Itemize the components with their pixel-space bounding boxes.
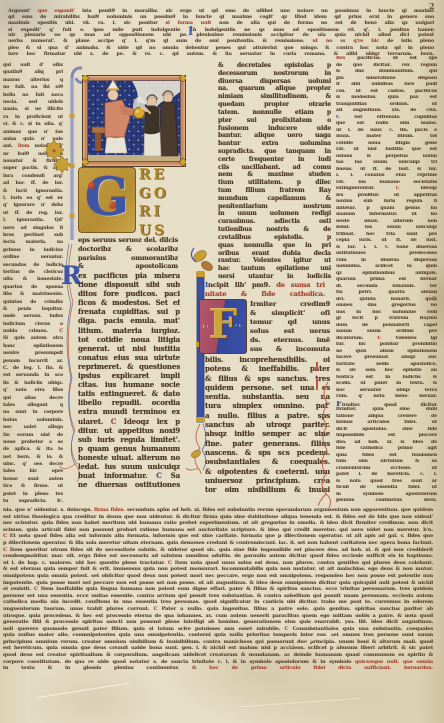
text-line: catholica media uia incedit. confitens i… <box>3 599 433 606</box>
illuminated-initial-f-firmiter: F :··: <box>199 299 247 354</box>
text-line: solus est uerus <box>250 327 330 336</box>
column1-rex-pacificus: ex pacificus pia miseratione disposuit s… <box>78 271 180 490</box>
text-line: bantur extra uolumina <box>218 140 331 148</box>
text-line: diga. pacis emula. mat' <box>78 316 180 325</box>
text-line: buat informatur. C Sa <box>78 471 180 480</box>
text-line: frenata cupiditas. sui p <box>78 307 180 316</box>
text-line: tot cotidie noua litigia <box>78 335 180 344</box>
text-line: condempnabitur. mar. ult. ergo fides est… <box>3 553 433 560</box>
text-line: citas. ius humane socie <box>78 380 180 389</box>
text-line: uniuersoz principium. crea <box>205 476 330 485</box>
text-line: bantur. alique uero uaga <box>218 132 331 140</box>
text-line: quas nonnulla que in pri <box>218 242 331 250</box>
text-line: extra mundi terminos ex <box>78 407 180 416</box>
text-line: libello repudii. ocordia <box>78 398 180 407</box>
column2-bull-continuation: & decretales epistolas pdecessorum nostr… <box>218 62 331 282</box>
text-line: & decretales epistolas p <box>218 62 331 70</box>
text-line: plenius continetur. bern. <box>336 498 437 505</box>
text-line: quia nullus maior alio. coomnipotentes q… <box>3 632 433 639</box>
text-line: doctoribz & scolaribz uniuersis <box>78 245 178 254</box>
gold-display-letters-gregorius: REGORIUS <box>139 166 185 240</box>
text-line: ei resistit. C Item ineffabilis quia lin… <box>3 586 433 593</box>
text-line: ipsius explicaret impli <box>78 371 180 380</box>
text-line: RI <box>139 203 185 222</box>
text-line: nimiam similitudinem. & <box>218 93 331 101</box>
text-line: certe frequenter in iudi <box>218 156 331 164</box>
text-line: & simplicit' ofi <box>250 309 330 318</box>
firmiter-indented-lines: Irmiter credim9& simplicit' ofitemur qd … <box>250 300 330 354</box>
text-line: nec sciuntur. quia fides non habet merit… <box>3 520 433 527</box>
text-line: absqz initio semper ac sine <box>205 429 330 438</box>
text-line: scimus. quia articuli fidei non possunt … <box>3 527 433 534</box>
text-line: & est eternus quia semper fuit & erit. i… <box>3 566 433 573</box>
text-line: mundum capellanum & <box>218 195 331 203</box>
text-line: & filius & sps sanctus. tres <box>205 374 330 383</box>
text-line: decessorum nostrorum in <box>218 70 331 78</box>
salutation-block: eps seruus seruoz dei. dilcis filiisdoct… <box>78 236 178 272</box>
text-line: fine. pater generans. filius <box>205 439 330 448</box>
text-line: quedam propter otrarie <box>218 101 331 109</box>
text-line: principium omnium rerum. creator omnium … <box>3 639 433 646</box>
text-line: sus & incomuta <box>250 345 330 354</box>
text-line: ex pacificus pia misera <box>78 271 180 280</box>
text-line: conatus eius sua uirtute <box>78 353 180 362</box>
text-line: quidem persone. set una es <box>205 383 330 392</box>
text-line: p quam genus humanum ut <box>78 444 180 453</box>
text-line: penitentiarium nostrum <box>218 203 331 211</box>
text-line: tor oim uisibilium & inuisi <box>205 485 330 494</box>
text-line: ularet. C Ideoqz lex p <box>78 417 180 426</box>
text-line: diuersa dispersas uolumi <box>218 78 331 86</box>
text-line: tura simplex omnino. pat' <box>205 401 330 410</box>
text-line: litium. materia iurgioz. <box>78 326 180 335</box>
text-line: sanctus ab utroqz pariter. <box>205 420 330 429</box>
text-line: uersi utantur in iudiciis <box>218 273 331 281</box>
red-paragraph-tick <box>316 362 318 371</box>
text-line: C Item queritur utrum fides sit de neces… <box>3 547 433 554</box>
text-line: Irmiter credim9 <box>250 300 330 309</box>
text-line: hac tantum opilatione uni <box>218 265 331 273</box>
text-line: osubstantiales & coequales. <box>205 457 330 466</box>
text-line: curauimus. adiectis osti <box>218 218 331 226</box>
text-line: omnipotens quia omnia potest. set obiici… <box>3 573 433 580</box>
text-line: eps seruus seruoz dei. dilcis filiis <box>78 236 178 245</box>
text-line: tione disposuit sibi sub <box>78 280 180 289</box>
text-line: persone set una essentia. ecce unitas es… <box>3 593 433 600</box>
text-line: parisius ommorantibz salutem <box>78 254 178 263</box>
text-line: p dilectionem operatur. & illa sola mere… <box>3 540 433 547</box>
text-line: potens & ineffabilis. pater <box>205 364 330 373</box>
text-line: Incipit lib' pm9. de suma tri <box>205 281 325 290</box>
text-line: ditos fore pudicos. paci <box>78 289 180 298</box>
text-line: ds. eternus. imē <box>250 336 330 345</box>
text-line: cretalibus epistolis. p <box>218 234 331 242</box>
text-line: tice & firme. ut <box>3 483 63 490</box>
wormhole-stain <box>432 296 436 301</box>
right-gloss-column: Rex pacificus. id est xpsde quo dicitur.… <box>336 56 437 505</box>
text-line: ut i. de bap. c. maiores. ubi hec questi… <box>3 560 433 567</box>
text-line: utroque. quia procedens. & hec est proce… <box>3 613 433 620</box>
text-line: & apostolicam benedictionem. <box>78 262 178 271</box>
text-line: ciis uacillabant. ad comu <box>218 164 331 172</box>
text-line: bilis. incoprehensibilis. oi <box>205 355 330 364</box>
text-line: tium utilitatem. p dilec <box>218 179 331 187</box>
manuscript-page: 2 Arguunt' que exponit' ista penit9 in m… <box>0 0 444 723</box>
text-line: sub iuris regula limitet'. <box>78 435 180 444</box>
illuminated-initial-g: G <box>78 167 136 233</box>
red-pen-flourish <box>318 380 338 508</box>
text-line: tum filium fratrem Ray <box>218 187 331 195</box>
text-line: GO <box>139 185 185 204</box>
text-line: pter sui prolixitatem o <box>218 117 331 125</box>
text-line: & oipotentes & coeterni. unu <box>205 467 330 476</box>
text-line: sentia. substantia. seu na <box>205 392 330 401</box>
text-line: generatio filii & processio spiritus san… <box>3 619 433 626</box>
text-line: tatem. nonnulle etiam p <box>218 109 331 117</box>
text-line: temur qd unus <box>250 318 330 327</box>
text-line: ditur. ut appetitus noxi9 <box>78 426 180 435</box>
text-line: RE <box>139 166 185 185</box>
text-line: rantur. Volentes igitur ut <box>218 257 331 265</box>
firmiter-full-lines: bilis. incoprehensibilis. oipotens & ine… <box>205 355 330 495</box>
bottom-gloss-block: nia. que n' uidentur. s. deinceps. firma… <box>3 507 433 679</box>
text-line: generat. ut nisi iustitia <box>78 344 180 353</box>
scratch-mark <box>240 698 360 707</box>
blue-initial-i-top-gloss: I· <box>188 25 195 38</box>
text-line: nitate & fide catholica. <box>205 290 325 299</box>
text-line: est hereticum. quia omnia que deus creau… <box>3 645 433 652</box>
text-line: patet in pleno tex <box>3 491 63 498</box>
text-line: a nullo. filius a patre. sps <box>205 411 330 420</box>
text-line: ficos & modestos. Set ef <box>78 298 180 307</box>
text-line: est uirtus theologica qua creditur in de… <box>3 514 433 521</box>
text-line: noli querere quomodo genuit pater filium… <box>3 626 433 633</box>
text-line: fusionem inducere uide <box>218 125 331 133</box>
text-line: in textu & in glossis plenius continentu… <box>3 665 433 672</box>
text-line: rum. q' nota bene. bernar. <box>336 394 437 401</box>
text-line: unguentorum tuorum. unus trahit plures c… <box>3 606 433 613</box>
text-line: reprimeret. & questiones <box>78 362 180 371</box>
gold-sexfoil-flowers <box>46 140 71 173</box>
text-line: nem & maxime studen <box>218 171 331 179</box>
text-line: corpore constitutam. de qua re uide quod… <box>3 659 433 666</box>
text-line: ne diuersas ostitutiones <box>78 480 180 489</box>
text-line: quod deus est creator spiritualium & cor… <box>3 652 433 659</box>
text-line: ledat. ius suum unicuiqz tri <box>78 462 180 471</box>
text-line: honeste uiuat. alterum no <box>78 453 180 462</box>
text-line: tatis extingueret. & dato <box>78 389 180 398</box>
text-line: supradicta. que tanquam in <box>218 148 331 156</box>
scratch-mark <box>36 683 130 699</box>
miniature-pope-presenting-decretals <box>82 75 186 167</box>
text-line: tu supradicto. b'. <box>3 498 63 505</box>
text-line: oribus erant dubia decla <box>218 250 331 258</box>
text-line: tutionibus nostris & de <box>218 226 331 234</box>
top-gloss-block: Arguunt' que exponit' ista penit9 in mor… <box>8 8 434 58</box>
text-line: na. quarum alique propter <box>218 85 331 93</box>
text-line: nascens. & sps scs pcedens. <box>205 448 330 457</box>
rubric-de-summa-trinitate: Incipit lib' pm9. de suma trinitate & fi… <box>205 281 325 299</box>
text-line: C Et nota quod fides alia est informis a… <box>3 533 433 540</box>
text-line: impotentie. quia posse mori uel peccare … <box>3 580 433 587</box>
text-line: nia. que n' uidentur. s. deinceps. firma… <box>3 507 433 514</box>
text-line: in unum uolumen redigi <box>218 210 331 218</box>
